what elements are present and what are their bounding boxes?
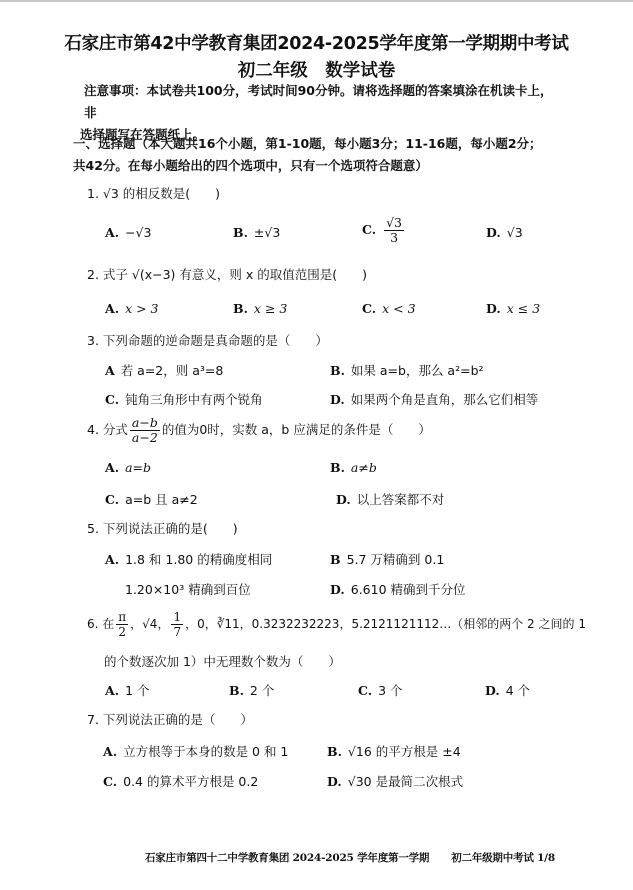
q2-option-c: C.x < 3 — [362, 301, 416, 316]
q7-option-c: C.0.4 的算术平方根是 0.2 — [103, 772, 258, 790]
q7-option-a: A.立方根等于本身的数是 0 和 1 — [103, 742, 288, 760]
q1-option-b: B.±√3 — [233, 225, 280, 240]
q2-option-a: A.x > 3 — [105, 301, 159, 316]
q2-option-d: D.x ≤ 3 — [486, 301, 540, 316]
q3-option-c: C.钝角三角形中有两个锐角 — [105, 390, 263, 408]
q3-option-b: B.如果 a=b，那么 a²=b² — [330, 361, 484, 379]
question-6-stem: 6. 在π2，√4，17，0，∛11，0.3232232223，5.212112… — [87, 610, 586, 639]
q3-option-d: D.如果两个角是直角，那么它们相等 — [330, 390, 538, 408]
question-2-stem: 2. 式子 √(x−3) 有意义，则 x 的取值范围是( ) — [87, 265, 367, 283]
q6-option-c: C.3 个 — [358, 681, 403, 699]
question-5-stem: 5. 下列说法正确的是( ) — [87, 519, 238, 537]
q6-option-d: D.4 个 — [485, 681, 530, 699]
section-line-2: 共42分。在每小题给出的四个选项中，只有一个选项符合题意） — [73, 155, 573, 177]
exam-title: 石家庄市第42中学教育集团2024-2025学年度第一学期期中考试 — [0, 30, 633, 55]
q4-option-d: D.以上答案都不对 — [336, 490, 444, 508]
footer-page-info: 初二年级期中考试 1/8 — [451, 852, 555, 864]
footer-school: 石家庄市第四十二中学教育集团 2024-2025 学年度第一学期 — [145, 852, 429, 864]
q5-option-c: 1.20×10³ 精确到百位 — [125, 580, 251, 598]
fraction: a−ba−2 — [130, 416, 160, 445]
q3-option-a: A若 a=2，则 a³=8 — [105, 361, 223, 379]
question-1-stem: 1. √3 的相反数是( ) — [87, 184, 220, 202]
question-7-stem: 7. 下列说法正确的是（ ） — [87, 710, 253, 728]
section-heading: 一、选择题（本大题共16个小题，第1-10题，每小题3分；11-16题，每小题2… — [73, 133, 573, 177]
fraction: 17 — [171, 610, 183, 639]
q5-option-b: B5.7 万精确到 0.1 — [330, 550, 444, 568]
q4-option-a: A.a=b — [105, 460, 151, 475]
exam-subtitle: 初二年级 数学试卷 — [0, 57, 633, 82]
page-footer: 石家庄市第四十二中学教育集团 2024-2025 学年度第一学期初二年级期中考试… — [145, 850, 555, 865]
q4-option-c: C.a=b 且 a≠2 — [105, 490, 198, 508]
q6-option-a: A.1 个 — [105, 681, 150, 699]
section-line-1: 一、选择题（本大题共16个小题，第1-10题，每小题3分；11-16题，每小题2… — [73, 133, 573, 155]
question-4-stem: 4. 分式a−ba−2的值为0时，实数 a，b 应满足的条件是（ ） — [87, 416, 431, 445]
q4-option-b: B.a≠b — [330, 460, 377, 475]
q7-option-b: B.√16 的平方根是 ±4 — [327, 742, 461, 760]
q2-option-b: B.x ≥ 3 — [233, 301, 287, 316]
q1-option-a: A.−√3 — [105, 225, 151, 240]
q5-option-d: D.6.610 精确到千分位 — [330, 580, 466, 598]
q1-option-d: D.√3 — [486, 225, 523, 240]
q6-option-b: B.2 个 — [229, 681, 274, 699]
question-6-stem-line-2: 的个数逐次加 1）中无理数个数为（ ） — [104, 652, 341, 670]
q5-option-a: A.1.8 和 1.80 的精确度相同 — [105, 550, 272, 568]
fraction: π2 — [116, 610, 128, 639]
q7-option-d: D.√30 是最简二次根式 — [327, 772, 463, 790]
question-3-stem: 3. 下列命题的逆命题是真命题的是（ ） — [87, 331, 328, 349]
fraction: √33 — [384, 216, 404, 245]
notice-line-1: 注意事项：本试卷共100分，考试时间90分钟。请将选择题的答案填涂在机读卡上，非 — [80, 80, 555, 124]
q1-option-c: C.√33 — [362, 216, 406, 245]
page-top-border — [0, 0, 633, 2]
